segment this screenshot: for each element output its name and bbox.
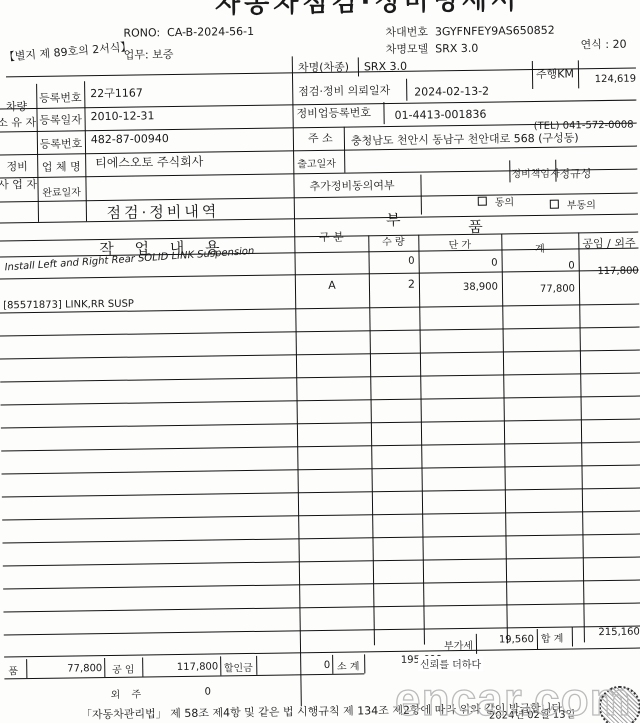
discount: 0 — [256, 656, 330, 675]
divider — [532, 61, 533, 89]
consent-yes-checkbox[interactable] — [478, 196, 487, 205]
manager-label: 정비책임자 — [511, 163, 560, 182]
consent-label: 추가정비동의여부 — [309, 175, 394, 196]
shop-company-label: 업 체 명 — [37, 156, 85, 177]
request-date-label: 점검·정비 의뢰일자 — [298, 81, 390, 100]
parts-sum-label: 품 — [8, 660, 18, 678]
divider — [0, 327, 640, 337]
divider — [2, 511, 640, 521]
work-type-value: 보증 — [152, 48, 173, 61]
consent-no-checkbox[interactable] — [550, 199, 559, 208]
row-2-category: A — [295, 275, 369, 294]
divider — [1, 396, 640, 406]
shop-reg: 01-4413-001836 — [394, 105, 486, 124]
mileage: 124,619 — [582, 70, 636, 89]
owner-reg-no: 22구1167 — [90, 82, 143, 103]
labor-sum-label: 공 임 — [104, 659, 142, 678]
owner-section-label-2: 소 유 자 — [0, 112, 37, 133]
owner-reg-date: 2010-12-31 — [90, 105, 154, 126]
divider — [2, 488, 640, 498]
outsource: 0 — [204, 684, 211, 700]
encar-watermark: encar.com — [395, 672, 632, 723]
address-label: 주 소 — [297, 128, 344, 149]
shop-reg-no: 482-87-00940 — [91, 128, 169, 149]
divider — [3, 557, 640, 567]
form-label: 【별지 제 89호의 2서식】 — [3, 38, 132, 65]
encar-tagline: 신뢰를 더하다 — [418, 656, 483, 671]
work-type: 업무: 보증 — [124, 46, 174, 63]
total: 215,160 — [574, 624, 640, 641]
parts-sum: 77,800 — [26, 659, 102, 678]
model: 차명모델 SRX 3.0 — [386, 40, 479, 57]
vehicle-name-label: 차명(차종) — [298, 58, 349, 77]
divider — [1, 419, 640, 429]
rono: RONO: CA-B-2024-56-1 — [123, 25, 254, 40]
divider — [406, 79, 407, 101]
subtotal-label: 소 계 — [332, 655, 364, 673]
col-qty-header: 수 량 — [368, 231, 418, 250]
vat-label: 부가세 — [444, 636, 473, 652]
divider — [0, 373, 640, 383]
divider — [3, 580, 640, 590]
shop-company: 티에스오토 주식회사 — [95, 151, 203, 173]
row-2-total: 77,800 — [502, 279, 575, 298]
consent-no-option[interactable]: 부동의 — [550, 194, 596, 213]
outsource-label: 외 주 — [110, 684, 145, 700]
divider — [578, 60, 579, 88]
request-date: 2024-02-13-2 — [414, 82, 489, 101]
owner-reg-no-label: 등록번호 — [36, 87, 84, 108]
row-2-qty: 2 — [369, 275, 415, 294]
rono-value: CA-B-2024-56-1 — [167, 25, 254, 39]
vehicle-name: SRX 3.0 — [364, 57, 407, 76]
parts-section-label: 부 — [386, 209, 401, 229]
divider — [358, 57, 359, 76]
consent-yes-option[interactable]: 동의 — [478, 191, 515, 210]
divider — [537, 629, 538, 649]
vin-value: 3GYFNFEY9AS650852 — [435, 24, 555, 39]
shop-completed-label: 완료일자 — [37, 180, 85, 201]
divider — [3, 603, 640, 613]
shop-reg-label: 정비업등록번호 — [296, 103, 371, 122]
vin: 차대번호 3GYFNFEY9AS650852 — [385, 22, 554, 40]
col-category-header: 구 분 — [294, 227, 368, 246]
divider — [2, 534, 640, 544]
shop-reg-no-label: 등록번호 — [37, 133, 85, 154]
year-value: 20 — [612, 38, 626, 51]
manager: 정규성 — [559, 164, 591, 182]
divider — [0, 350, 640, 360]
row-1-unit-price: 0 — [419, 254, 498, 273]
repair-statement-document: 자동차점검·정비명세서 【별지 제 89호의 2서식】 RONO: CA-B-2… — [0, 0, 640, 723]
row-1-qty: 0 — [368, 252, 414, 271]
col-total-header: 계 — [501, 237, 578, 256]
row-2-unit-price: 38,900 — [419, 278, 498, 297]
total-label: 합 계 — [541, 629, 564, 645]
col-labor-header: 공임 / 외주 — [582, 234, 635, 253]
divider — [383, 102, 384, 124]
year: 연식 : 20 — [580, 36, 626, 53]
owner-reg-date-label: 등록일자 — [36, 109, 84, 130]
divider — [1, 442, 640, 452]
row-1-total: 0 — [502, 256, 575, 275]
release-label: 출고일자 — [297, 152, 336, 173]
labor-sum: 117,800 — [142, 657, 218, 676]
divider — [2, 465, 640, 475]
discount-label: 할인금 — [220, 657, 256, 676]
mileage-label: 주행KM — [536, 64, 574, 83]
address: 충청남도 천안시 동남구 천안대로 568 (구성동) — [351, 127, 579, 150]
document-title: 자동차점검·정비명세서 — [215, 0, 521, 20]
model-value: SRX 3.0 — [435, 42, 478, 56]
vat: 19,560 — [476, 631, 534, 648]
work-section-label: 점검·정비내역 — [38, 198, 288, 223]
shop-section-label-2: 사 업 자 — [0, 174, 38, 195]
